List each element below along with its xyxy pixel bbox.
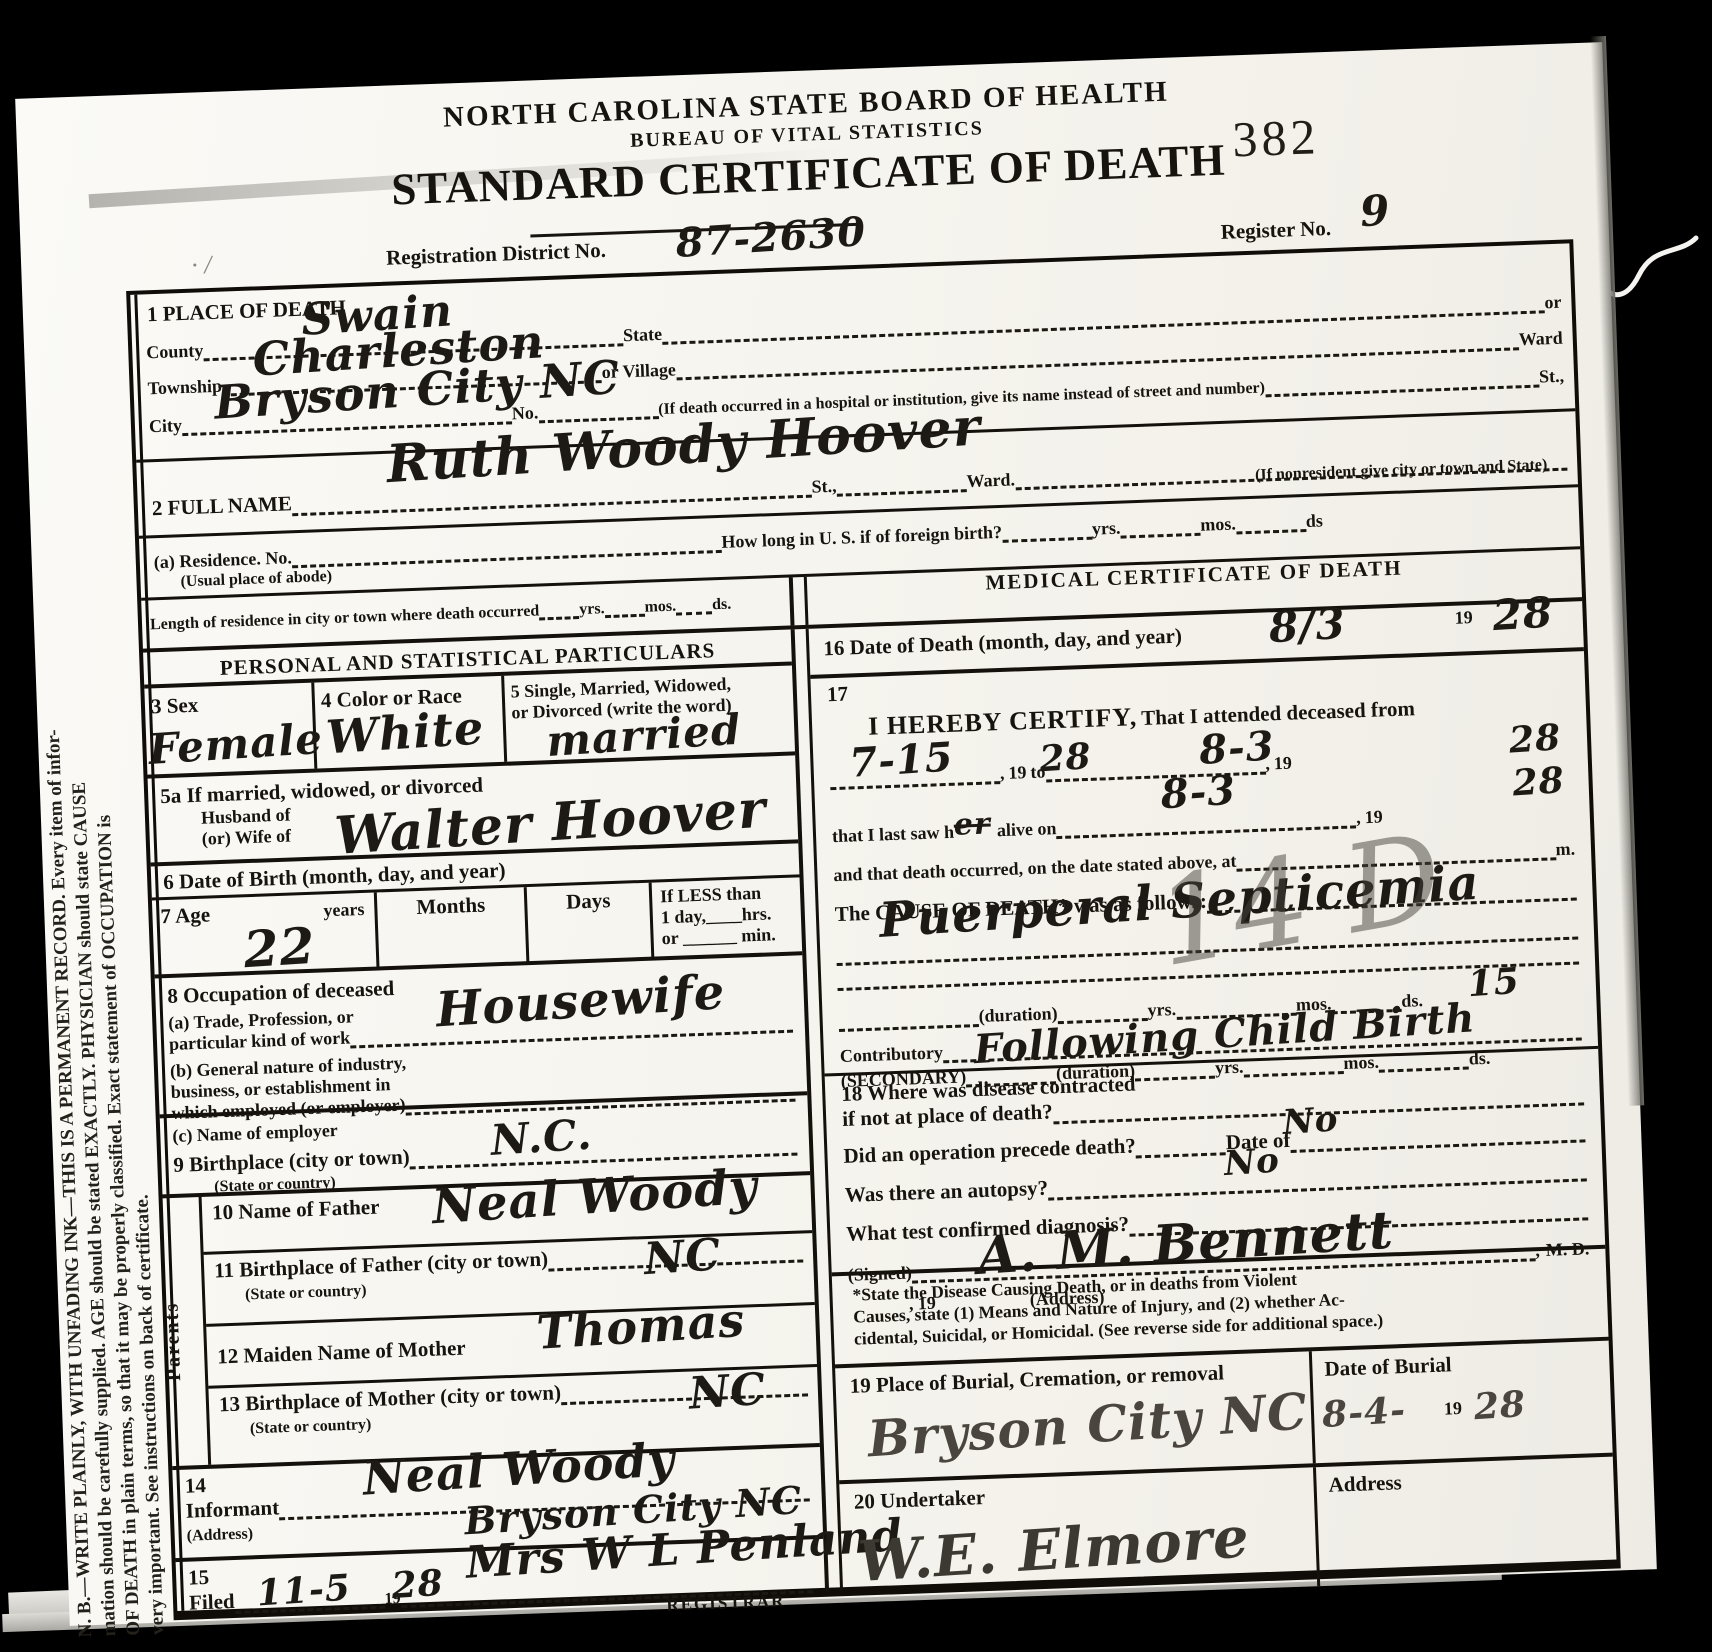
parents-section: Parents 10 Name of Father Neal Woody 11 … — [163, 1175, 820, 1470]
mos-label: mos. — [1200, 514, 1236, 536]
age-value: 22 — [242, 916, 317, 979]
dod-year-printed: 19 — [1454, 607, 1473, 629]
attended-to-value: 8-3 — [1198, 722, 1276, 774]
full-name-label: 2 FULL NAME — [151, 491, 292, 521]
yr1-printed: 19 — [1008, 762, 1027, 784]
contributory-label: Contributory — [840, 1042, 944, 1067]
occupation-rows: 8 Occupation of deceased (a) Trade, Prof… — [155, 955, 808, 1118]
certificate-number-stamp: 382 — [1231, 107, 1320, 168]
birthplace-value: N.C. — [489, 1110, 594, 1165]
register-no-label: Register No. — [1220, 216, 1331, 245]
last-saw-value: 8-3 — [1159, 767, 1237, 819]
certify-block: 17 I HEREBY CERTIFY, That I attended dec… — [810, 651, 1598, 1076]
nineteen-label: , 19 — [908, 1293, 936, 1314]
date-of-death-value: 8/3 — [1267, 599, 1347, 653]
months-label: Months — [416, 893, 486, 919]
burial-year-printed: 19 — [1444, 1398, 1463, 1420]
mother-name-label: 12 Maiden Name of Mother — [217, 1336, 466, 1369]
date-of-burial-label: Date of Burial — [1324, 1352, 1452, 1381]
operation-value: No — [1281, 1099, 1339, 1142]
disease-contracted-block: 18 Where was disease contracted if not a… — [825, 1049, 1606, 1277]
date-of-death-label: 16 Date of Death (month, day, and year) — [823, 624, 1182, 661]
undertaker-address-label: Address — [1328, 1470, 1402, 1497]
sex-value: Female — [147, 714, 324, 774]
ward-label: Ward — [1518, 328, 1563, 351]
mother-birthplace-value: NC — [687, 1364, 767, 1420]
st-label2: St., — [811, 476, 837, 498]
autopsy-label: Was there an autopsy? — [844, 1176, 1048, 1208]
dob-label: 6 Date of Birth (month, day, and year) — [163, 858, 506, 894]
undertaker-value: W.E. Elmore — [856, 1504, 1251, 1595]
dod-year-value: 28 — [1491, 587, 1554, 640]
certify-bold: I HEREBY CERTIFY, — [868, 702, 1138, 741]
attended-from-value: 7-15 — [848, 733, 955, 787]
length-residence-label: Length of residence in city or town wher… — [150, 602, 540, 634]
foreign-birth-label: How long in U. S. if of foreign birth? — [721, 522, 1002, 553]
m-label: m. — [1555, 839, 1575, 861]
state-label: State — [623, 324, 663, 346]
stray-pen-mark: · / — [191, 250, 212, 281]
address-label: (Address) — [1029, 1287, 1104, 1310]
filed-year-value: 28 — [390, 1562, 445, 1607]
city-label: City — [149, 415, 183, 437]
or-label: or — [1544, 292, 1562, 314]
personal-column: PERSONAL AND STATISTICAL PARTICULARS 3 S… — [143, 629, 825, 1615]
column-divider — [789, 577, 809, 626]
certify-rest: That I attended deceased from — [1141, 696, 1415, 730]
mos-label2: mos. — [644, 598, 676, 617]
yr2-value: 28 — [1508, 716, 1563, 761]
yrs-label: yrs. — [1092, 518, 1121, 540]
undertaker-label: 20 Undertaker — [853, 1485, 985, 1514]
sex-label: 3 Sex — [151, 693, 199, 719]
registration-district-value: 87-2630 — [674, 208, 867, 267]
md-label: M. D. — [1545, 1238, 1589, 1261]
h-scribble: er — [953, 806, 991, 842]
registration-district-label: Registration District No. — [386, 238, 607, 271]
race-value: White — [325, 700, 486, 764]
medical-column: 16 Date of Death (month, day, and year) … — [809, 601, 1617, 1591]
filed-label: Filed — [189, 1589, 235, 1616]
township-label: Township — [147, 376, 222, 400]
yr2-printed: 19 — [1273, 753, 1292, 775]
ds-label2: ds. — [712, 596, 732, 615]
alive-on-label: alive on — [997, 818, 1057, 841]
filed-value: 11-5 — [255, 1567, 352, 1615]
last-saw-label: that I last saw h — [832, 822, 955, 847]
yr1-value: 28 — [1038, 735, 1093, 780]
certificate-paper: N. B.—WRITE PLAINLY, WITH UNFADING INK—T… — [15, 42, 1657, 1626]
operation-label: Did an operation precede death? — [843, 1133, 1136, 1168]
signed-label: (Signed) — [847, 1263, 912, 1286]
registrar-label: REGISTRAR — [666, 1591, 786, 1615]
certificate-header: NORTH CAROLINA STATE BOARD OF HEALTH BUR… — [266, 69, 1349, 220]
years-label: years — [323, 899, 365, 921]
st-label: St., — [1539, 366, 1565, 388]
ward-label2: Ward. — [966, 469, 1015, 492]
autopsy-value: No — [1223, 1141, 1281, 1184]
scanned-death-certificate: { "header": { "board": "NORTH CAROLINA S… — [0, 0, 1712, 1652]
burial-year-value: 28 — [1473, 1383, 1528, 1428]
yr3-value: 28 — [1511, 759, 1566, 804]
certificate-form: 1 PLACE OF DEATH County State or Swain T… — [126, 239, 1621, 1620]
days-label: Days — [566, 888, 611, 914]
less-than-label-3: or ______ min. — [661, 924, 794, 950]
father-name-label: 10 Name of Father — [212, 1195, 380, 1225]
age-label: 7 Age — [160, 902, 210, 928]
register-no-value: 9 — [1359, 185, 1392, 236]
informant-label: Informant — [185, 1495, 279, 1523]
father-birthplace-value: NC — [642, 1229, 722, 1285]
county-label: County — [146, 340, 204, 363]
yrs-label2: yrs. — [579, 600, 605, 619]
date-of-burial-value: 8-4- — [1321, 1389, 1407, 1436]
ds-label: ds — [1305, 510, 1323, 532]
parents-vertical-label: Parents — [160, 1302, 186, 1382]
duration-ds-value: 15 — [1466, 960, 1521, 1005]
